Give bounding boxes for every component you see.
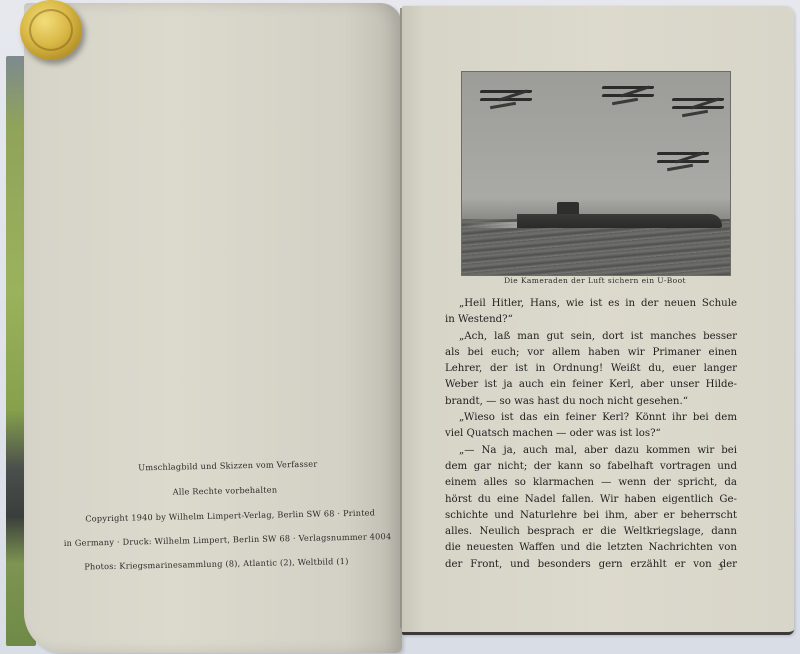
paragraph: „Ach, laß man gut sein, dort ist manches… xyxy=(445,329,737,410)
biplane-icon xyxy=(657,148,709,172)
text-line: Weber ist ja auch ein feiner Kerl, aber … xyxy=(445,377,737,393)
text-line: Lehrer, der ist in Ordnung! Weißt du, eu… xyxy=(445,361,737,377)
paragraph: „— Na ja, auch mal, aber dazu kommen wir… xyxy=(445,443,737,573)
text-line: alles. Neulich besprach er die Weltkrieg… xyxy=(445,524,737,540)
paragraph: „Heil Hitler, Hans, wie ist es in der ne… xyxy=(445,296,737,329)
book-photo-scene: Umschlagbild und Skizzen vom Verfasser A… xyxy=(0,0,800,654)
text-line: als bei euch; vor allem haben wir Priman… xyxy=(445,345,737,361)
biplane-icon xyxy=(672,94,724,118)
text-line: viel Quatsch machen — oder was ist los?“ xyxy=(445,426,737,442)
paragraph: „Wieso ist das ein feiner Kerl? Könnt ih… xyxy=(445,410,737,443)
biplane-icon xyxy=(602,82,654,106)
text-line: einem alles so klarmachen — wenn der spr… xyxy=(445,475,737,491)
coin-icon xyxy=(20,0,82,60)
text-line: brandt, — so was hast du noch nicht gese… xyxy=(445,394,737,410)
text-line: dem gar nicht; der kann so fabelhaft vor… xyxy=(445,459,737,475)
text-line: der Front, und besonders gern erzählt er… xyxy=(445,557,737,573)
uboat-photo xyxy=(461,71,731,276)
text-line: hörst du eine Nadel fallen. Wir haben ei… xyxy=(445,492,737,508)
biplane-icon xyxy=(480,86,532,110)
text-line: „Wieso ist das ein feiner Kerl? Könnt ih… xyxy=(445,410,737,426)
photo-caption: Die Kameraden der Luft sichern ein U-Boo… xyxy=(461,276,729,285)
submarine-hull xyxy=(517,214,722,228)
text-line: schichte und Naturlehre bei ihm, aber er… xyxy=(445,508,737,524)
text-line: „— Na ja, auch mal, aber dazu kommen wir… xyxy=(445,443,737,459)
text-line: in Westend?“ xyxy=(445,312,737,328)
text-line: „Ach, laß man gut sein, dort ist manches… xyxy=(445,329,737,345)
body-text: „Heil Hitler, Hans, wie ist es in der ne… xyxy=(445,296,737,573)
text-line: „Heil Hitler, Hans, wie ist es in der ne… xyxy=(445,296,737,312)
page-number: 3 xyxy=(718,563,723,572)
text-line: die neuesten Waffen und die letzten Nach… xyxy=(445,540,737,556)
